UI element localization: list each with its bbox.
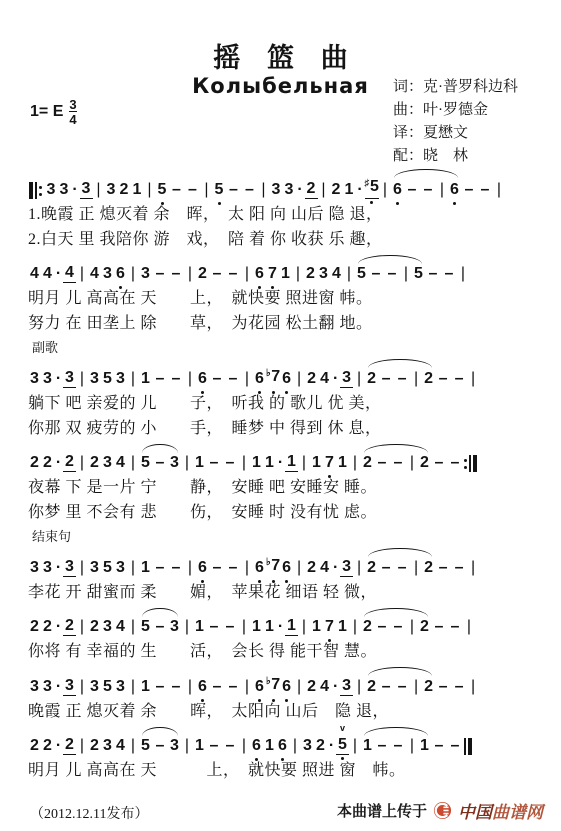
barline: | [244, 677, 250, 696]
note: 1 [139, 369, 152, 388]
note: 1 [139, 558, 152, 577]
barline: | [241, 453, 247, 472]
note: 3 [28, 369, 41, 388]
barline: | [470, 677, 476, 696]
barline: | [296, 369, 302, 388]
barline: | [130, 369, 136, 388]
barline: | [204, 180, 210, 199]
note: 3 [168, 453, 181, 472]
note: 3 [340, 676, 353, 696]
dash: – [390, 736, 406, 755]
note: 1 [193, 617, 206, 636]
notation-line-1: 33·3|321|5––|5––|33·2|21·♯5|6––|6––| [28, 166, 537, 202]
final-barline [464, 738, 472, 755]
duration-dot: · [71, 180, 80, 199]
barline: | [413, 558, 419, 577]
notation-line-3: 33·3|353|1––|6––|6♭76|24·3|2––|2––| [28, 356, 537, 391]
note: 6 [196, 677, 209, 696]
note: 2 [361, 617, 374, 636]
note: 2 [305, 179, 318, 199]
dash: – [447, 736, 463, 755]
note: ♯5 [365, 177, 379, 199]
flat-sign: ♭ [266, 368, 271, 379]
low-octave-dot [341, 757, 344, 760]
note: 2 [305, 369, 318, 388]
publish-date: （2012.12.11发布） [30, 803, 148, 823]
dash: – [152, 736, 168, 755]
note: 2 [422, 558, 435, 577]
duration-dot: · [54, 558, 63, 577]
note: 6 [114, 264, 127, 283]
footer: （2012.12.11发布） 本曲谱上传于 中国曲谱网 [0, 798, 561, 823]
note: 2 [88, 736, 101, 755]
barline: | [413, 677, 419, 696]
barline: | [295, 264, 301, 283]
note: 1 [285, 452, 298, 472]
note: 3 [80, 179, 93, 199]
key-signature: 1= E 3 4 [30, 98, 77, 126]
note: 2 [41, 453, 54, 472]
note: 3 [283, 180, 296, 199]
note: 2 [63, 616, 76, 636]
note: 6 [253, 558, 266, 577]
note: 5 [101, 558, 114, 577]
low-octave-dot [453, 202, 456, 205]
barline: | [466, 617, 472, 636]
lyric-line: 你那 双 疲劳的 小 手， 睡梦 中 得到 休 息， [28, 416, 537, 441]
note: ♭7 [266, 367, 280, 388]
barline: | [470, 369, 476, 388]
barline: | [147, 180, 153, 199]
dash: – [152, 677, 168, 696]
barline: | [261, 180, 267, 199]
site-name: 中国曲谱网 [458, 798, 543, 823]
note: 7 [323, 617, 336, 636]
note: 5 [213, 180, 226, 199]
note: 5v [336, 735, 349, 755]
barline: | [460, 264, 466, 283]
lyric-line: 明月 儿 高高在 天 上， 就快要 照进窗 帏。 [28, 286, 537, 311]
duration-dot: · [54, 736, 63, 755]
note: 2 [88, 453, 101, 472]
note: 4 [41, 264, 54, 283]
lyric-line: 你将 有 幸福的 生 活， 会长 得 能干智 慧。 [28, 639, 537, 664]
note: 3 [41, 558, 54, 577]
note: 2 [41, 736, 54, 755]
note: 1 [285, 616, 298, 636]
note: 2 [361, 453, 374, 472]
accent-mark: v [340, 724, 345, 733]
note: 3 [270, 180, 283, 199]
note: 1 [193, 453, 206, 472]
barline: | [321, 180, 327, 199]
note: 6 [253, 677, 266, 696]
note: 4 [28, 264, 41, 283]
note: 1 [361, 736, 374, 755]
note: 3 [168, 617, 181, 636]
dash: – [209, 369, 225, 388]
begin-repeat-barline [29, 182, 42, 199]
barline: | [409, 736, 415, 755]
dash: – [451, 558, 467, 577]
note: 7 [266, 264, 279, 283]
barline: | [244, 369, 250, 388]
dash: – [225, 369, 241, 388]
dash: – [378, 558, 394, 577]
note: 1 [250, 617, 263, 636]
note: 1 [263, 736, 276, 755]
slur [368, 667, 432, 676]
barline: | [130, 677, 136, 696]
upload-note: 本曲谱上传于 [337, 800, 427, 821]
dash: – [447, 453, 463, 472]
dash: – [404, 180, 420, 199]
dash: – [374, 453, 390, 472]
note: 3 [28, 677, 41, 696]
barline: | [241, 617, 247, 636]
note: 2 [63, 735, 76, 755]
note: 6 [196, 369, 209, 388]
dash: – [431, 617, 447, 636]
note: 1 [263, 617, 276, 636]
note: 6 [276, 736, 289, 755]
note: 6 [391, 180, 404, 199]
duration-dot: · [54, 369, 63, 388]
note: 2 [88, 617, 101, 636]
dash: – [185, 180, 201, 199]
dash: – [425, 264, 441, 283]
note: 3 [28, 558, 41, 577]
lyric-line: 1.晚霞 正 熄灭着 余 晖， 太 阳 向 山后 隐 退， [28, 202, 537, 227]
note: 2 [422, 369, 435, 388]
note: 4 [63, 263, 76, 283]
note: ♭7 [266, 556, 280, 577]
dash: – [378, 677, 394, 696]
note: 3 [139, 264, 152, 283]
duration-dot: · [54, 617, 63, 636]
upload-credit: 本曲谱上传于 中国曲谱网 [337, 798, 543, 823]
barline: | [356, 677, 362, 696]
note: 3 [41, 369, 54, 388]
dash: – [394, 677, 410, 696]
header: 摇 篮 曲 Колыбельная 1= E 3 4 词：克·普罗科边科曲：叶·… [0, 0, 561, 166]
note: 5 [139, 736, 152, 755]
duration-dot: · [54, 453, 63, 472]
dash: – [222, 617, 238, 636]
barline: | [356, 369, 362, 388]
credit-line: 曲：叶·罗德金 [393, 99, 518, 122]
lyric-line: 夜幕 下 是一片 宁 静， 安睡 吧 安睡安 睡。 [28, 475, 537, 500]
note: 2 [365, 558, 378, 577]
duration-dot: · [54, 264, 63, 283]
note: 2 [28, 453, 41, 472]
barline: | [296, 677, 302, 696]
note: 1 [336, 617, 349, 636]
dash: – [209, 558, 225, 577]
note: 3 [88, 677, 101, 696]
low-octave-dot [328, 639, 331, 642]
duration-dot: · [331, 677, 340, 696]
dash: – [461, 180, 477, 199]
note: 5 [101, 677, 114, 696]
note: 2 [304, 264, 317, 283]
note: 6 [250, 736, 263, 755]
dash: – [420, 180, 436, 199]
dash: – [225, 264, 241, 283]
lyric-line: 躺下 吧 亲爱的 儿 子， 听我 的 歌儿 优 美， [28, 391, 537, 416]
low-octave-dot [201, 699, 204, 702]
barline: | [187, 264, 193, 283]
dash: – [225, 558, 241, 577]
dash: – [374, 617, 390, 636]
barline: | [241, 736, 247, 755]
barline: | [439, 180, 445, 199]
note: 3 [41, 677, 54, 696]
dash: – [477, 180, 493, 199]
notation-line-7: 33·3|353|1––|6––|6♭76|24·3|2––|2––| [28, 664, 537, 699]
note: 2 [305, 677, 318, 696]
barline: | [382, 180, 388, 199]
note: 1 [310, 453, 323, 472]
barline: | [496, 180, 502, 199]
barline: | [79, 453, 85, 472]
note: 7 [323, 453, 336, 472]
slur [368, 548, 432, 557]
notation-line-4: 22·2|234|5–3|1––|11·1|171|2––|2–– [28, 441, 537, 475]
dash: – [390, 617, 406, 636]
dash: – [451, 677, 467, 696]
end-repeat-barline [464, 455, 477, 472]
notation-line-8: 22·2|234|5–3|1––|616|32·5v|1––|1–– [28, 724, 537, 758]
barline: | [301, 617, 307, 636]
note: 1 [336, 453, 349, 472]
note: 5 [101, 369, 114, 388]
dash: – [394, 558, 410, 577]
barline: | [352, 453, 358, 472]
barline: | [184, 453, 190, 472]
barline: | [96, 180, 102, 199]
key-tonic: 1= E [30, 103, 63, 121]
barline: | [79, 617, 85, 636]
note: 2 [365, 369, 378, 388]
note: ♭7 [266, 675, 280, 696]
dash: – [384, 264, 400, 283]
slur [368, 359, 432, 368]
low-octave-dot [258, 580, 261, 583]
dash: – [226, 180, 242, 199]
dash: – [206, 617, 222, 636]
barline: | [409, 617, 415, 636]
barline: | [352, 736, 358, 755]
sharp-sign: ♯ [365, 178, 370, 189]
note: 3 [114, 558, 127, 577]
dash: – [242, 180, 258, 199]
note: 5 [139, 617, 152, 636]
site-logo-icon [433, 801, 452, 820]
note: 2 [418, 453, 431, 472]
note: 6 [280, 369, 293, 388]
lyric-line: 晚霞 正 熄灭着 余 晖， 太阳向 山后 隐 退， [28, 699, 537, 724]
barline: | [403, 264, 409, 283]
note: 2 [41, 617, 54, 636]
dash: – [152, 558, 168, 577]
barline: | [130, 558, 136, 577]
barline: | [130, 736, 136, 755]
dash: – [168, 264, 184, 283]
duration-dot: · [276, 617, 285, 636]
lyric-line: 2.白天 里 我陪你 游 戏， 陪 着 你 收获 乐 趣， [28, 227, 537, 252]
note: 5 [355, 264, 368, 283]
note: 1 [343, 180, 356, 199]
dash: – [368, 264, 384, 283]
note: 1 [279, 264, 292, 283]
barline: | [187, 369, 193, 388]
low-octave-dot [272, 699, 275, 702]
barline: | [301, 453, 307, 472]
low-octave-dot [258, 391, 261, 394]
note: 2 [28, 617, 41, 636]
barline: | [79, 736, 85, 755]
slur [142, 444, 178, 453]
dash: – [222, 453, 238, 472]
duration-dot: · [356, 180, 365, 199]
dash: – [435, 558, 451, 577]
note: 4 [318, 558, 331, 577]
notation-line-5: 33·3|353|1––|6––|6♭76|24·3|2––|2––| [28, 545, 537, 580]
note: 3 [58, 180, 71, 199]
barline: | [409, 453, 415, 472]
duration-dot: · [276, 453, 285, 472]
note: 1 [193, 736, 206, 755]
barline: | [130, 617, 136, 636]
barline: | [184, 617, 190, 636]
note: 2 [63, 452, 76, 472]
note: 2 [196, 264, 209, 283]
barline: | [296, 558, 302, 577]
note: 6 [253, 264, 266, 283]
note: 2 [314, 736, 327, 755]
song-title: 摇 篮 曲 [0, 36, 561, 75]
note: 3 [63, 368, 76, 388]
notation-line-6: 22·2|234|5–3|1––|11·1|171|2––|2––| [28, 605, 537, 639]
note: 1 [418, 736, 431, 755]
barline: | [79, 558, 85, 577]
dash: – [206, 453, 222, 472]
barline: | [292, 736, 298, 755]
note: 2 [28, 736, 41, 755]
note: 4 [318, 369, 331, 388]
note: 2 [305, 558, 318, 577]
duration-dot: · [331, 369, 340, 388]
lyric-line: 明月 儿 高高在 天 上， 就快要 照进 窗 帏。 [28, 758, 537, 783]
note: 1 [131, 180, 144, 199]
note: 1 [250, 453, 263, 472]
dash: – [374, 736, 390, 755]
credit-line: 配：晓 林 [393, 145, 518, 168]
note: 3 [301, 736, 314, 755]
barline: | [79, 369, 85, 388]
note: 3 [101, 617, 114, 636]
note: 4 [114, 736, 127, 755]
duration-dot: · [296, 180, 305, 199]
low-octave-dot [281, 758, 284, 761]
low-octave-dot [201, 391, 204, 394]
score: 33·3|321|5––|5––|33·2|21·♯5|6––|6––|1.晚霞… [0, 166, 561, 783]
barline: | [244, 558, 250, 577]
slur [394, 169, 458, 178]
note: 4 [330, 264, 343, 283]
slur [142, 608, 178, 617]
note: 6 [280, 558, 293, 577]
lyric-line: 李花 开 甜蜜而 柔 媚， 苹果花 细语 轻 微， [28, 580, 537, 605]
barline: | [184, 736, 190, 755]
low-octave-dot [396, 202, 399, 205]
dash: – [431, 736, 447, 755]
barline: | [187, 558, 193, 577]
barline: | [413, 369, 419, 388]
note: 3 [88, 369, 101, 388]
barline: | [352, 617, 358, 636]
barline: | [187, 677, 193, 696]
lyric-line: 你梦 里 不会有 悲 伤， 安睡 时 没有忧 虑。 [28, 500, 537, 525]
meter-denominator: 4 [69, 111, 76, 126]
note: 3 [101, 736, 114, 755]
time-signature: 3 4 [69, 98, 76, 126]
barline: | [130, 453, 136, 472]
flat-sign: ♭ [266, 676, 271, 687]
barline: | [470, 558, 476, 577]
slur [364, 727, 428, 736]
barline: | [346, 264, 352, 283]
credit-line: 译：夏懋文 [393, 122, 518, 145]
slur [142, 727, 178, 736]
note: 6 [448, 180, 461, 199]
note: 4 [114, 617, 127, 636]
note: 6 [196, 558, 209, 577]
dash: – [169, 180, 185, 199]
duration-dot: · [331, 558, 340, 577]
note: 4 [114, 453, 127, 472]
dash: – [390, 453, 406, 472]
dash: – [451, 369, 467, 388]
note: 1 [310, 617, 323, 636]
section-label: 副歌 [32, 340, 537, 356]
meter-numerator: 3 [69, 98, 76, 111]
note: 3 [88, 558, 101, 577]
credits: 词：克·普罗科边科曲：叶·罗德金译：夏懋文配：晓 林 [393, 76, 518, 168]
note: 3 [168, 736, 181, 755]
note: 5 [156, 180, 169, 199]
note: 5 [412, 264, 425, 283]
low-octave-dot [271, 286, 274, 289]
note: 3 [101, 264, 114, 283]
low-octave-dot [119, 286, 122, 289]
barline: | [356, 558, 362, 577]
note: 5 [139, 453, 152, 472]
dash: – [168, 558, 184, 577]
credit-line: 词：克·普罗科边科 [393, 76, 518, 99]
low-octave-dot [272, 391, 275, 394]
low-octave-dot [218, 202, 221, 205]
dash: – [152, 264, 168, 283]
duration-dot: · [54, 677, 63, 696]
barline: | [79, 264, 85, 283]
dash: – [168, 369, 184, 388]
low-octave-dot [258, 699, 261, 702]
note: 1 [139, 677, 152, 696]
note: 3 [340, 557, 353, 577]
sheet-music-page: 摇 篮 曲 Колыбельная 1= E 3 4 词：克·普罗科边科曲：叶·… [0, 0, 561, 831]
